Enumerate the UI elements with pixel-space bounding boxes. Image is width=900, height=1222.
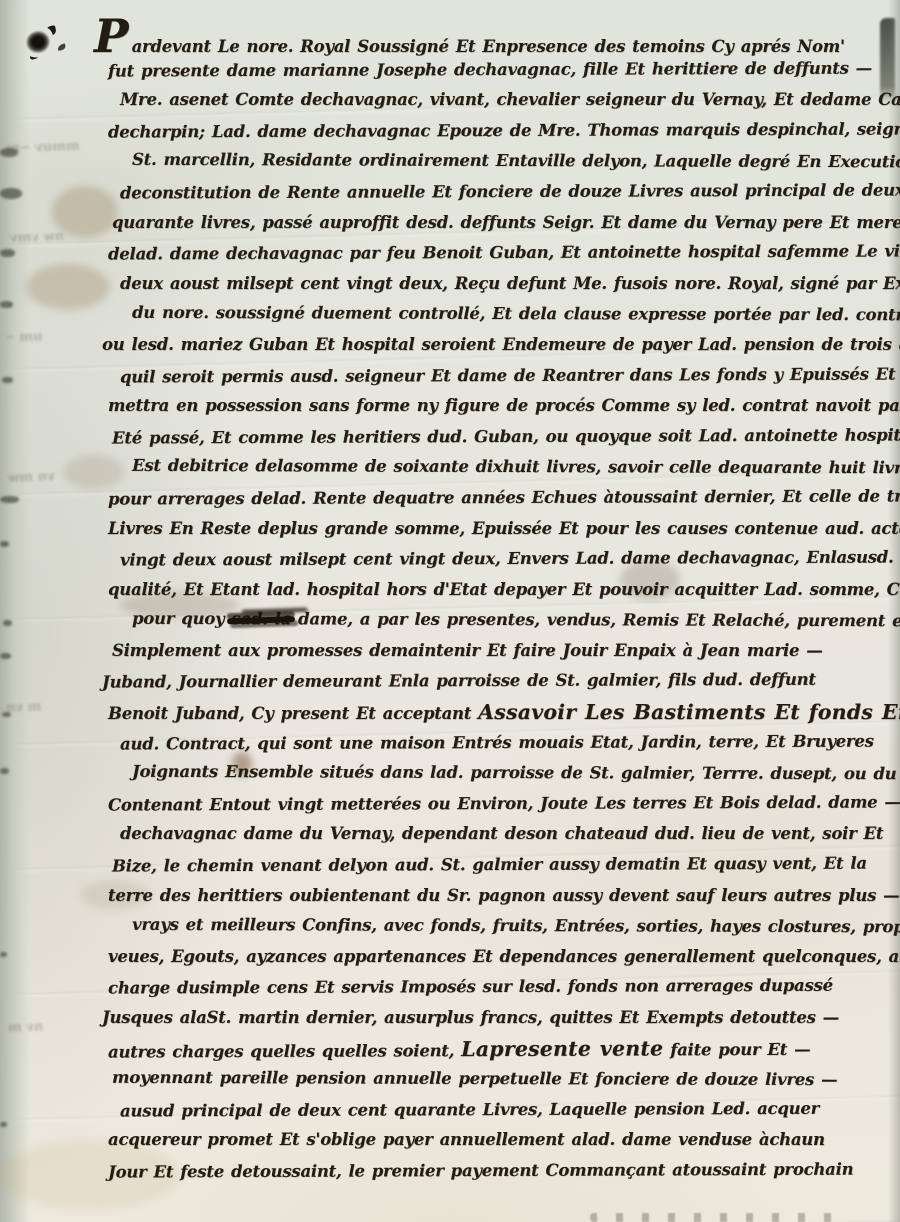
edge-ink-mark bbox=[0, 653, 11, 659]
manuscript-line: aud. Contract, qui sont une maison Entré… bbox=[120, 726, 884, 760]
manuscript-line: deconstitution de Rente annuelle Et fonc… bbox=[120, 176, 884, 210]
manuscript-line: terre des herittiers oubientenant du Sr.… bbox=[108, 881, 884, 912]
manuscript-line: mettra en possession sans forme ny figur… bbox=[108, 391, 884, 422]
manuscript-segment: Est debitrice delasomme de soixante dixh… bbox=[132, 456, 900, 478]
manuscript-line: Contenant Entout vingt metterées ou Envi… bbox=[108, 787, 884, 821]
manuscript-segment: Contenant Entout vingt metterées ou Envi… bbox=[108, 792, 900, 814]
manuscript-segment: ou lesd. mariez Guban Et hospital seroie… bbox=[102, 335, 900, 354]
manuscript-line: Eté passé, Et comme les heritiers dud. G… bbox=[112, 420, 884, 454]
manuscript-line: Joignants Ensemble situés dans lad. parr… bbox=[132, 757, 884, 790]
manuscript-line: quarante livres, passé auproffit desd. d… bbox=[112, 208, 884, 239]
edge-ink-mark bbox=[0, 1122, 7, 1127]
manuscript-segment: dechavagnac dame du Vernay, dependant de… bbox=[120, 824, 883, 843]
manuscript-line: charge dusimple cens Et servis Imposés s… bbox=[108, 971, 884, 1005]
stain bbox=[26, 264, 110, 310]
manuscript-line: deux aoust milsept cent vingt deux, Reçu… bbox=[120, 269, 884, 300]
manuscript-line: vingt deux aoust milsept cent vingt deux… bbox=[120, 543, 884, 577]
manuscript-segment: fut presente dame marianne Josephe decha… bbox=[108, 58, 872, 80]
manuscript-line: pour arrerages delad. Rente dequatre ann… bbox=[108, 481, 884, 515]
manuscript-line: ausud principal de deux cent quarante Li… bbox=[120, 1093, 884, 1127]
manuscript-segment: deux aoust milsept cent vingt deux, Reçu… bbox=[120, 274, 900, 293]
edge-ink-mark bbox=[0, 148, 18, 157]
manuscript-line: dechavagnac dame du Vernay, dependant de… bbox=[120, 819, 884, 850]
manuscript-segment: Juband, Journallier demeurant Enla parro… bbox=[102, 670, 816, 692]
manuscript-segment: Mre. asenet Comte dechavagnac, vivant, c… bbox=[120, 90, 900, 109]
manuscript-line: du nore. soussigné duement controllé, Et… bbox=[132, 298, 884, 331]
manuscript-segment: moyennant pareille pension annuelle perp… bbox=[112, 1068, 837, 1089]
manuscript-line: acquereur promet Et s'oblige payer annue… bbox=[108, 1125, 884, 1156]
manuscript-line: Juband, Journallier demeurant Enla parro… bbox=[102, 665, 884, 699]
edge-ink-mark bbox=[2, 377, 13, 383]
manuscript-segment: deconstitution de Rente annuelle Et fonc… bbox=[120, 180, 900, 202]
edge-ink-mark bbox=[0, 249, 15, 257]
manuscript-segment: quarante livres, passé auproffit desd. d… bbox=[112, 213, 900, 232]
manuscript-line: ou lesd. mariez Guban Et hospital seroie… bbox=[102, 330, 884, 361]
manuscript-line: Simplement aux promesses demaintenir Et … bbox=[112, 636, 884, 667]
manuscript-line: fut presente dame marianne Josephe decha… bbox=[108, 53, 884, 87]
manuscript-segment: Livres En Reste deplus grande somme, Epu… bbox=[108, 519, 900, 538]
edge-ink-mark bbox=[3, 620, 12, 626]
edge-ink-mark bbox=[0, 496, 19, 503]
manuscript-line: Jusques alaSt. martin dernier, ausurplus… bbox=[102, 1003, 884, 1034]
manuscript-segment: Benoit Juband, Cy present Et acceptant bbox=[108, 704, 478, 723]
manuscript-line: autres charges quelles quelles soient, L… bbox=[108, 1032, 884, 1066]
manuscript-segment: Jour Et feste detoussaint, le premier pa… bbox=[108, 1160, 853, 1182]
manuscript-segment: delad. dame dechavagnac par feu Benoit G… bbox=[108, 241, 900, 263]
manuscript-segment: qualité, Et Etant lad. hospital hors d'E… bbox=[108, 580, 900, 599]
manuscript-segment-struck: sad. la bbox=[231, 609, 291, 628]
manuscript-page: mmuv ~m nw vmv um ~ vn mw m vn nv m Pard… bbox=[0, 0, 900, 1222]
manuscript-segment: veues, Egouts, ayzances appartenances Et… bbox=[108, 947, 900, 966]
manuscript-segment: quil seroit permis ausd. seigneur Et dam… bbox=[120, 364, 900, 386]
manuscript-segment: faite pour Et — bbox=[663, 1039, 810, 1059]
manuscript-line: veues, Egouts, ayzances appartenances Et… bbox=[108, 942, 884, 973]
manuscript-segment: terre des herittiers oubientenant du Sr.… bbox=[108, 886, 899, 905]
manuscript-line: decharpin; Lad. dame dechavagnac Epouze … bbox=[108, 114, 884, 148]
edge-ink-mark bbox=[0, 188, 22, 199]
manuscript-line: vrays et meilleurs Confins, avec fonds, … bbox=[132, 910, 884, 943]
manuscript-line: Livres En Reste deplus grande somme, Epu… bbox=[108, 514, 884, 545]
manuscript-line: quil seroit permis ausd. seigneur Et dam… bbox=[120, 359, 884, 393]
manuscript-segment: acquereur promet Et s'oblige payer annue… bbox=[108, 1130, 825, 1149]
manuscript-segment-large: Assavoir Les Bastiments Et fonds Enoncés bbox=[478, 700, 900, 724]
manuscript-line: Est debitrice delasomme de soixante dixh… bbox=[132, 451, 884, 484]
manuscript-line: St. marcellin, Residante ordinairement E… bbox=[132, 145, 884, 178]
scan-left-edge bbox=[0, 0, 30, 1222]
manuscript-segment: Jusques alaSt. martin dernier, ausurplus… bbox=[102, 1008, 839, 1027]
manuscript-segment: Bize, le chemin venant delyon aud. St. g… bbox=[112, 854, 867, 876]
manuscript-segment: Simplement aux promesses demaintenir Et … bbox=[112, 641, 822, 660]
edge-ink-mark bbox=[0, 952, 7, 957]
manuscript-line: Benoit Juband, Cy present Et acceptant A… bbox=[108, 697, 884, 728]
manuscript-segment-large: Lapresente vente bbox=[461, 1036, 663, 1061]
next-line-cropped bbox=[590, 1213, 840, 1222]
manuscript-segment: autres charges quelles quelles soient, bbox=[108, 1041, 461, 1061]
manuscript-segment: pour arrerages delad. Rente dequatre ann… bbox=[108, 486, 900, 508]
edge-ink-mark bbox=[0, 301, 13, 308]
manuscript-line: Pardevant Le nore. Royal Soussigné Et En… bbox=[94, 24, 884, 55]
manuscript-segment: pour quoy bbox=[132, 609, 231, 628]
manuscript-segment: mettra en possession sans forme ny figur… bbox=[108, 396, 900, 415]
manuscript-segment: Eté passé, Et comme les heritiers dud. G… bbox=[112, 425, 900, 447]
manuscript-segment: ausud principal de deux cent quarante Li… bbox=[120, 1099, 819, 1121]
edge-ink-mark bbox=[0, 768, 9, 774]
manuscript-line: moyennant pareille pension annuelle perp… bbox=[112, 1063, 884, 1096]
manuscript-segment: dame, a par les presentes, vendus, Remis… bbox=[291, 610, 900, 631]
manuscript-segment: du nore. soussigné duement controllé, Et… bbox=[132, 303, 900, 325]
manuscript-segment: aud. Contract, qui sont une maison Entré… bbox=[120, 731, 874, 753]
manuscript-segment: Joignants Ensemble situés dans lad. parr… bbox=[132, 762, 900, 784]
manuscript-line: Bize, le chemin venant delyon aud. St. g… bbox=[112, 849, 884, 883]
manuscript-text: Pardevant Le nore. Royal Soussigné Et En… bbox=[108, 24, 884, 1187]
manuscript-line: delad. dame dechavagnac par feu Benoit G… bbox=[108, 237, 884, 271]
manuscript-segment: St. marcellin, Residante ordinairement E… bbox=[132, 150, 900, 172]
manuscript-segment: vingt deux aoust milsept cent vingt deux… bbox=[120, 548, 900, 570]
manuscript-segment: decharpin; Lad. dame dechavagnac Epouze … bbox=[108, 119, 900, 141]
manuscript-line: qualité, Et Etant lad. hospital hors d'E… bbox=[108, 575, 884, 606]
edge-ink-mark bbox=[0, 541, 9, 547]
edge-ink-mark bbox=[2, 712, 11, 717]
manuscript-line: Mre. asenet Comte dechavagnac, vivant, c… bbox=[120, 85, 884, 116]
manuscript-line: Jour Et feste detoussaint, le premier pa… bbox=[108, 1154, 884, 1188]
manuscript-line: pour quoy sad. la dame, a par les presen… bbox=[132, 604, 884, 637]
manuscript-segment: charge dusimple cens Et servis Imposés s… bbox=[108, 976, 833, 998]
manuscript-segment: vrays et meilleurs Confins, avec fonds, … bbox=[132, 915, 900, 937]
